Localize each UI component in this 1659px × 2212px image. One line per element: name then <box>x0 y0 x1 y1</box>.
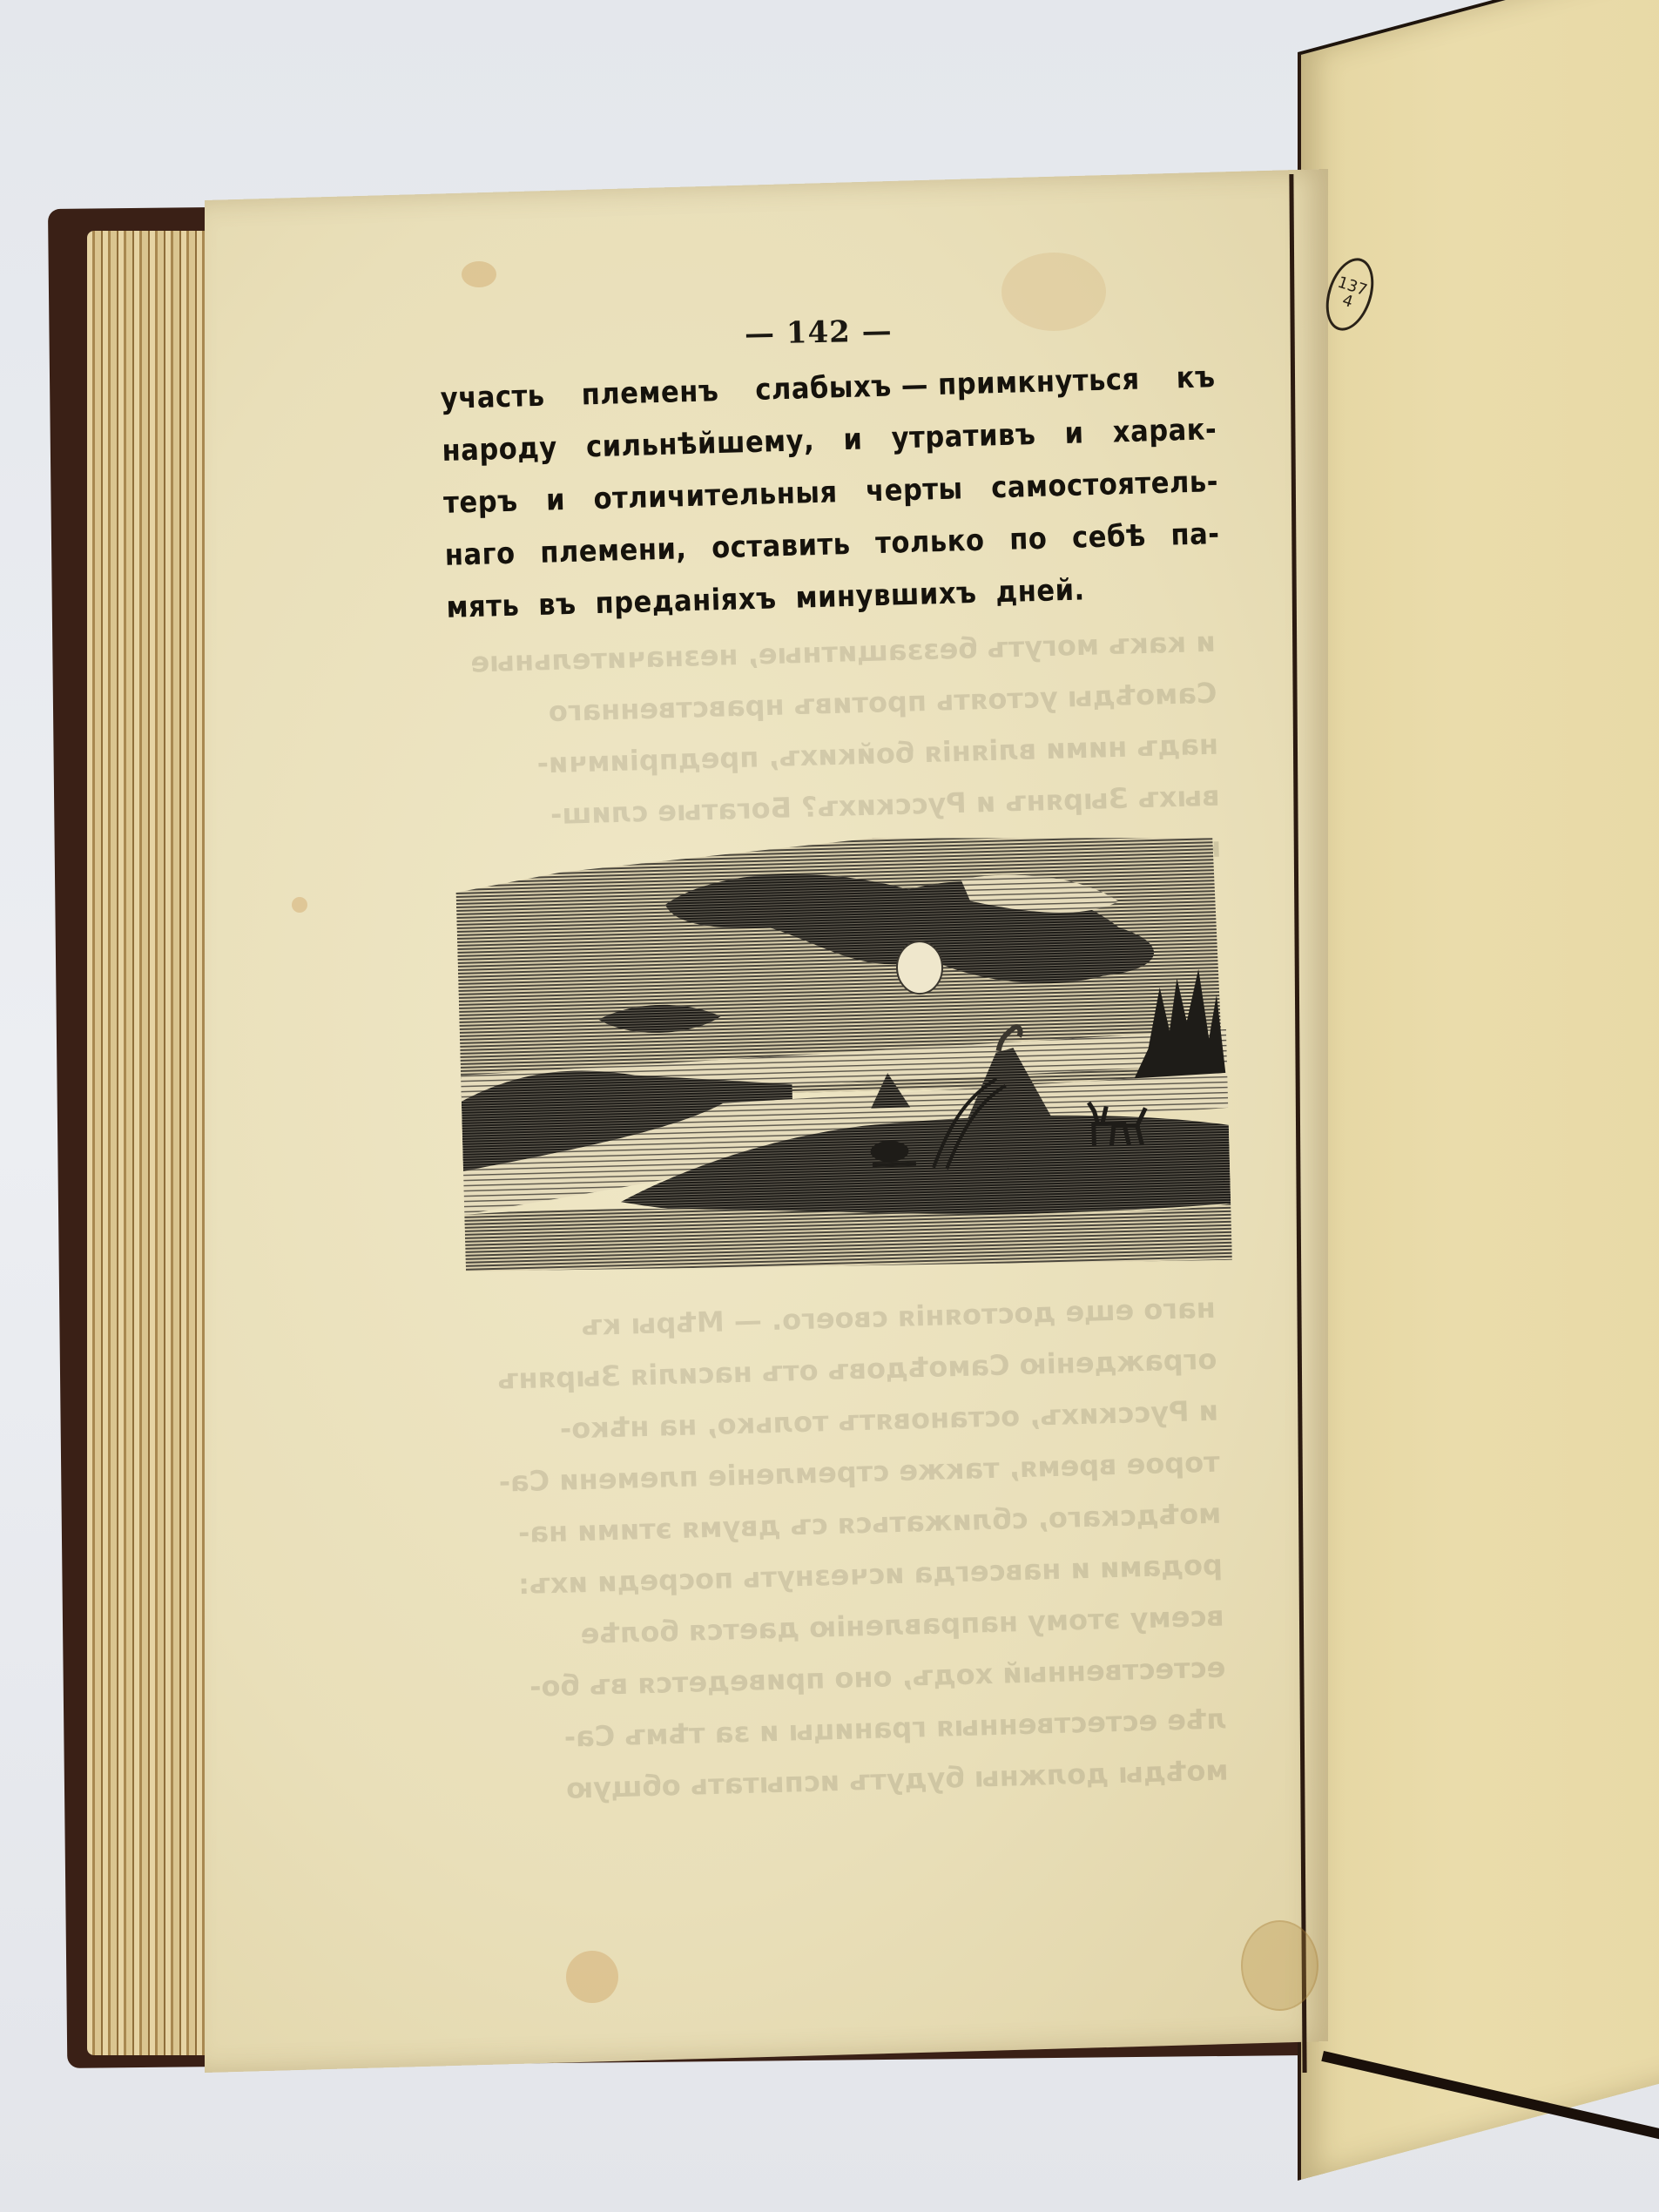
water-stain <box>1241 1920 1318 2011</box>
foxing-spot <box>462 261 496 287</box>
word: сильнѣйшему, <box>585 415 815 473</box>
word: оставить <box>711 518 851 574</box>
show-through-text-lower: наго еще достоянія своего. — Мѣры къ огр… <box>448 1283 1229 1817</box>
word: наго <box>444 528 516 582</box>
word: черты <box>865 462 963 517</box>
word: племенъ <box>581 365 719 421</box>
tundra-landscape-icon <box>455 820 1232 1280</box>
word: па- <box>1170 508 1221 562</box>
word: себѣ <box>1071 509 1146 563</box>
word: дней. <box>995 563 1086 618</box>
word: преданіяхъ <box>595 572 778 630</box>
word: народу <box>442 421 558 477</box>
word: и <box>843 413 864 466</box>
word: участь <box>440 370 545 425</box>
word: мять <box>446 580 520 634</box>
word: къ <box>1176 351 1216 404</box>
word: теръ <box>442 475 518 529</box>
word: племени, <box>539 523 687 579</box>
page-number: — 142 — <box>745 314 893 352</box>
word: по <box>1008 513 1048 566</box>
body-text: участь племенъ слабыхъ — примкнуться къ … <box>440 351 1222 634</box>
word: и <box>545 474 566 527</box>
word: самостоятель- <box>990 455 1218 514</box>
word: и <box>1064 407 1085 460</box>
engraving-illustration <box>455 820 1232 1280</box>
word: харак- <box>1112 403 1217 458</box>
foxing-spot <box>566 1951 618 2003</box>
foxing-spot <box>1001 253 1106 331</box>
word: только <box>874 515 985 570</box>
foxing-spot <box>292 897 307 913</box>
word: въ <box>537 578 577 631</box>
word: утративъ <box>891 408 1036 465</box>
word: отличительныя <box>593 466 839 525</box>
word: минувшихъ <box>795 567 978 624</box>
